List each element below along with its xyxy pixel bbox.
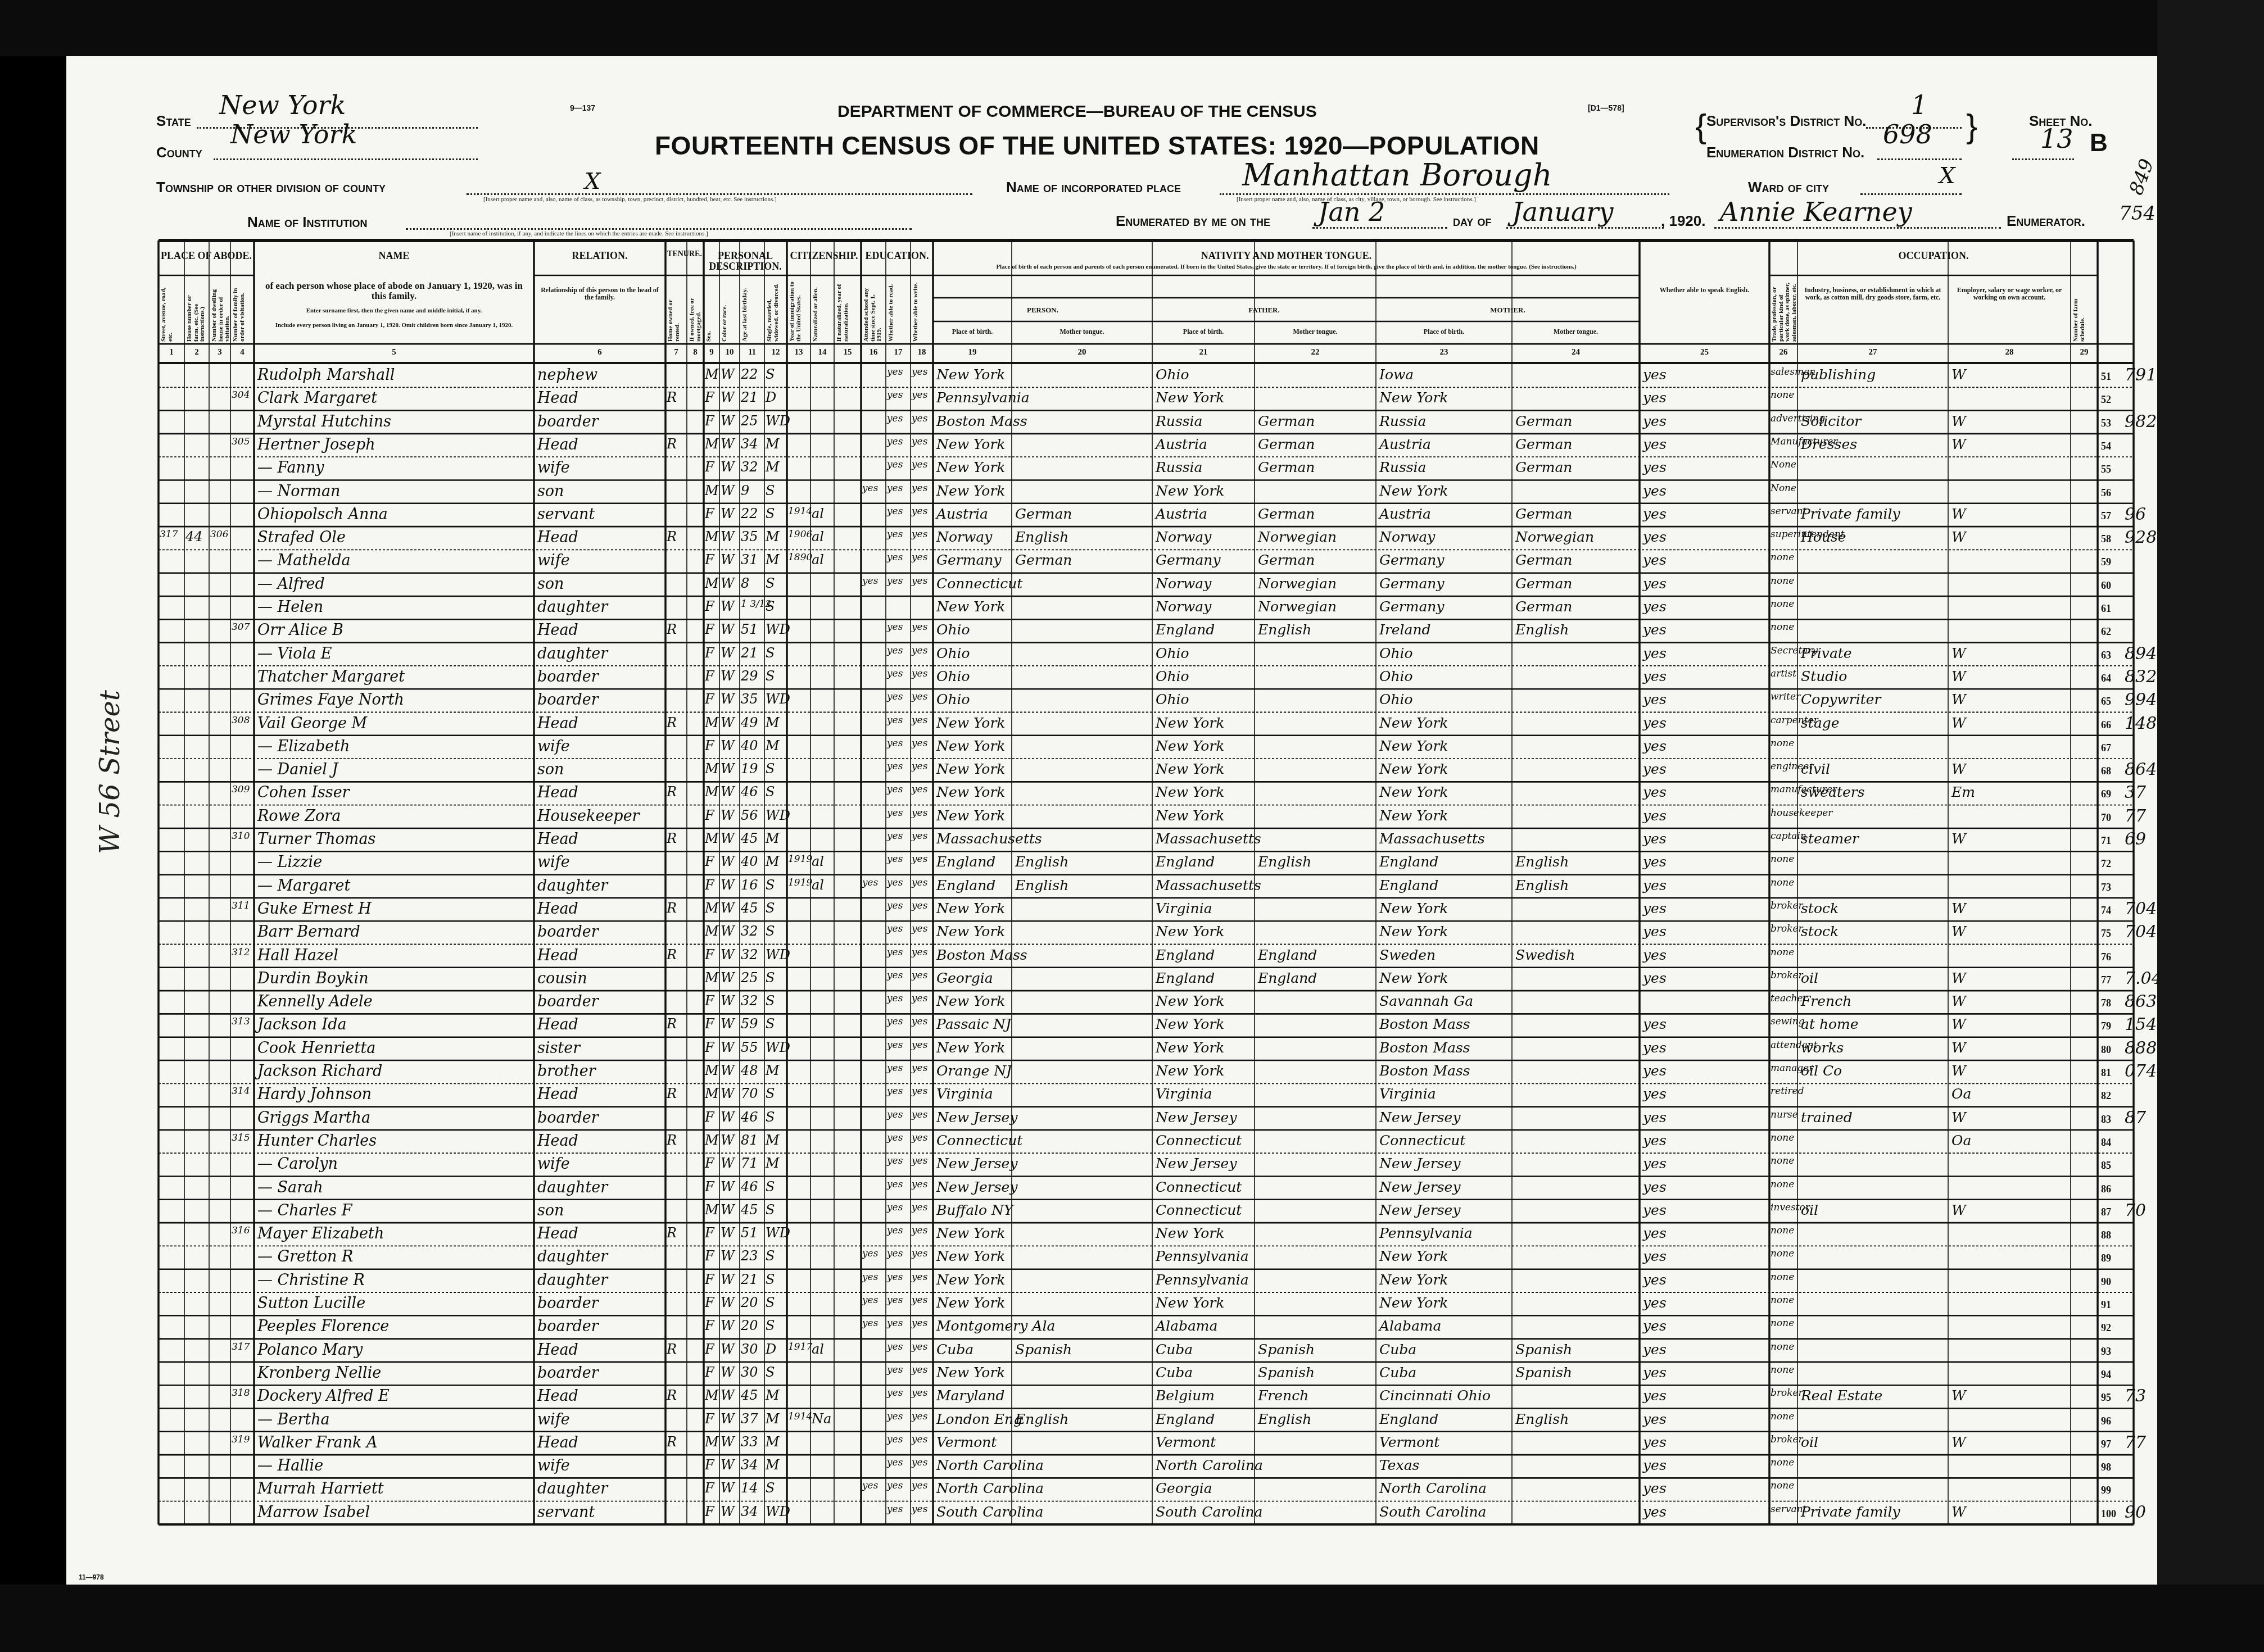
cell-race[interactable]: W bbox=[721, 391, 735, 404]
cell-write[interactable]: yes bbox=[912, 994, 927, 1004]
cell-fam[interactable]: 311 bbox=[232, 901, 250, 911]
cell-occ[interactable]: none bbox=[1771, 391, 1794, 400]
cell-eng[interactable]: yes bbox=[1643, 1365, 1667, 1379]
cell-pob[interactable]: Passaic NJ bbox=[936, 1017, 1011, 1031]
cell-fpob[interactable]: New York bbox=[1156, 785, 1225, 799]
cell-mpob[interactable]: Russia bbox=[1379, 414, 1426, 428]
cell-mpob[interactable]: Cuba bbox=[1379, 1365, 1416, 1379]
cell-occ[interactable]: none bbox=[1771, 1249, 1794, 1259]
cell-ms[interactable]: S bbox=[766, 1180, 775, 1193]
cell-fpob[interactable]: Belgium bbox=[1156, 1388, 1215, 1403]
cell-mt[interactable]: German bbox=[1015, 507, 1072, 521]
cell-pob[interactable]: Connecticut bbox=[936, 577, 1022, 591]
cell-sex[interactable]: F bbox=[705, 1505, 714, 1518]
cell-write[interactable]: yes bbox=[912, 832, 927, 841]
cell-read[interactable]: yes bbox=[887, 530, 903, 539]
cell-name[interactable]: — Mathelda bbox=[257, 553, 351, 568]
cell-fpob[interactable]: Connecticut bbox=[1156, 1133, 1242, 1147]
cell-fpob[interactable]: New York bbox=[1156, 1017, 1225, 1031]
cell-race[interactable]: W bbox=[721, 1458, 735, 1472]
cell-ind[interactable]: Studio bbox=[1801, 669, 1847, 683]
cell-age[interactable]: 29 bbox=[741, 669, 758, 683]
cell-read[interactable]: yes bbox=[887, 809, 903, 818]
cell-pob[interactable]: Ohio bbox=[936, 692, 970, 706]
cell-rel[interactable]: Head bbox=[537, 832, 578, 847]
cell-fam[interactable]: 308 bbox=[232, 716, 250, 725]
cell-mpob[interactable]: Austria bbox=[1379, 507, 1431, 521]
cell-ind[interactable]: oil Co bbox=[1801, 1064, 1842, 1078]
cell-read[interactable]: yes bbox=[887, 414, 903, 424]
cell-read[interactable]: yes bbox=[887, 1087, 903, 1096]
cell-mpob[interactable]: Ireland bbox=[1379, 623, 1431, 637]
cell-ind[interactable]: Dresses bbox=[1801, 437, 1857, 451]
cell-imm[interactable]: 1917 bbox=[788, 1342, 812, 1352]
cell-pob[interactable]: New York bbox=[936, 809, 1006, 823]
cell-eng[interactable]: yes bbox=[1643, 948, 1667, 962]
cell-fmt[interactable]: Norwegian bbox=[1258, 577, 1337, 591]
cell-fpob[interactable]: New York bbox=[1156, 762, 1225, 776]
cell-age[interactable]: 45 bbox=[741, 832, 758, 845]
cell-race[interactable]: W bbox=[721, 669, 735, 683]
cell-pob[interactable]: Maryland bbox=[936, 1388, 1005, 1403]
cell-ms[interactable]: M bbox=[766, 553, 780, 566]
cell-occ[interactable]: none bbox=[1771, 878, 1794, 888]
cell-sex[interactable]: M bbox=[705, 1388, 719, 1402]
cell-cls[interactable]: W bbox=[1951, 1505, 1966, 1519]
cell-ind[interactable]: trained bbox=[1801, 1110, 1853, 1124]
cell-fpob[interactable]: Alabama bbox=[1156, 1319, 1217, 1333]
cell-ms[interactable]: S bbox=[766, 507, 775, 520]
cell-race[interactable]: W bbox=[721, 785, 735, 798]
cell-rel[interactable]: daughter bbox=[537, 646, 608, 661]
cell-eng[interactable]: yes bbox=[1643, 785, 1667, 799]
cell-sch[interactable]: yes bbox=[862, 1273, 878, 1282]
cell-name[interactable]: Hardy Johnson bbox=[257, 1087, 372, 1102]
cell-rel[interactable]: Head bbox=[537, 785, 578, 800]
cell-ind[interactable]: sweaters bbox=[1801, 785, 1865, 799]
cell-fmt[interactable]: Norwegian bbox=[1258, 600, 1337, 614]
cell-mpob[interactable]: England bbox=[1379, 855, 1438, 869]
cell-own[interactable]: R bbox=[667, 948, 677, 961]
cell-ms[interactable]: S bbox=[766, 1249, 775, 1263]
cell-read[interactable]: yes bbox=[887, 1319, 903, 1328]
cell-occ[interactable]: none bbox=[1771, 1296, 1794, 1305]
cell-cls[interactable]: Oa bbox=[1951, 1133, 1971, 1147]
cell-occ[interactable]: none bbox=[1771, 1481, 1794, 1491]
cell-fpob[interactable]: New York bbox=[1156, 809, 1225, 823]
cell-age[interactable]: 8 bbox=[741, 577, 749, 590]
cell-age[interactable]: 16 bbox=[741, 878, 758, 892]
cell-pob[interactable]: New York bbox=[936, 1296, 1006, 1310]
cell-fam[interactable]: 310 bbox=[232, 832, 250, 841]
cell-read[interactable]: yes bbox=[887, 507, 903, 516]
cell-age[interactable]: 21 bbox=[741, 1273, 758, 1286]
cell-mpob[interactable]: New York bbox=[1379, 785, 1448, 799]
cell-rel[interactable]: Head bbox=[537, 1435, 578, 1450]
cell-age[interactable]: 31 bbox=[741, 553, 758, 566]
cell-eng[interactable]: yes bbox=[1643, 391, 1667, 405]
cell-mpob[interactable]: Cuba bbox=[1379, 1342, 1416, 1356]
cell-occ[interactable]: none bbox=[1771, 1226, 1794, 1236]
cell-pob[interactable]: Vermont bbox=[936, 1435, 997, 1449]
cell-fam[interactable]: 309 bbox=[232, 785, 250, 795]
cell-rel[interactable]: Head bbox=[537, 1342, 578, 1358]
cell-read[interactable]: yes bbox=[887, 762, 903, 771]
cell-age[interactable]: 56 bbox=[741, 809, 758, 822]
cell-write[interactable]: yes bbox=[912, 1435, 927, 1445]
cell-write[interactable]: yes bbox=[912, 1319, 927, 1328]
cell-read[interactable]: yes bbox=[887, 1041, 903, 1050]
cell-ms[interactable]: D bbox=[766, 1342, 776, 1356]
cell-age[interactable]: 55 bbox=[741, 1041, 758, 1054]
cell-age[interactable]: 46 bbox=[741, 785, 758, 798]
cell-rel[interactable]: brother bbox=[537, 1064, 596, 1079]
cell-sex[interactable]: M bbox=[705, 437, 719, 451]
cell-cls[interactable]: W bbox=[1951, 530, 1966, 544]
cell-mmt[interactable]: Norwegian bbox=[1515, 530, 1594, 544]
cell-eng[interactable]: yes bbox=[1643, 762, 1667, 776]
cell-race[interactable]: W bbox=[721, 1087, 735, 1100]
cell-rel[interactable]: boarder bbox=[537, 414, 599, 429]
cell-own[interactable]: R bbox=[667, 785, 677, 798]
cell-eng[interactable]: yes bbox=[1643, 692, 1667, 706]
cell-age[interactable]: 25 bbox=[741, 971, 758, 984]
cell-ms[interactable]: S bbox=[766, 669, 775, 683]
cell-write[interactable]: yes bbox=[912, 646, 927, 656]
cell-fpob[interactable]: Massachusetts bbox=[1156, 878, 1261, 892]
cell-cls[interactable]: Oa bbox=[1951, 1087, 1971, 1101]
cell-fpob[interactable]: New York bbox=[1156, 1226, 1225, 1240]
cell-ms[interactable]: S bbox=[766, 577, 775, 590]
cell-fpob[interactable]: Ohio bbox=[1156, 692, 1189, 706]
cell-age[interactable]: 20 bbox=[741, 1296, 758, 1309]
cell-sex[interactable]: M bbox=[705, 1203, 719, 1217]
cell-fam[interactable]: 319 bbox=[232, 1435, 250, 1445]
cell-fam[interactable]: 307 bbox=[232, 623, 250, 632]
cell-own[interactable]: R bbox=[667, 437, 677, 451]
cell-cls[interactable]: W bbox=[1951, 414, 1966, 428]
cell-fmt[interactable]: German bbox=[1258, 507, 1315, 521]
cell-ms[interactable]: S bbox=[766, 1017, 775, 1031]
cell-rel[interactable]: boarder bbox=[537, 669, 599, 684]
cell-ms[interactable]: S bbox=[766, 1087, 775, 1100]
cell-mpob[interactable]: Ohio bbox=[1379, 692, 1413, 706]
cell-pob[interactable]: New York bbox=[936, 460, 1006, 474]
cell-age[interactable]: 20 bbox=[741, 1319, 758, 1332]
cell-sex[interactable]: F bbox=[705, 1041, 714, 1054]
cell-eng[interactable]: yes bbox=[1643, 553, 1667, 567]
cell-read[interactable]: yes bbox=[887, 948, 903, 957]
cell-name[interactable]: — Hallie bbox=[257, 1458, 323, 1473]
cell-fpob[interactable]: Germany bbox=[1156, 553, 1221, 567]
cell-write[interactable]: yes bbox=[912, 1296, 927, 1305]
cell-read[interactable]: yes bbox=[887, 1505, 903, 1514]
cell-ms[interactable]: WD bbox=[766, 809, 790, 822]
cell-ms[interactable]: M bbox=[766, 437, 780, 451]
cell-rel[interactable]: boarder bbox=[537, 1319, 599, 1334]
cell-write[interactable]: yes bbox=[912, 809, 927, 818]
cell-pob[interactable]: New York bbox=[936, 1273, 1006, 1287]
cell-fpob[interactable]: New Jersey bbox=[1156, 1156, 1237, 1170]
cell-fmt[interactable]: England bbox=[1258, 971, 1317, 985]
cell-write[interactable]: yes bbox=[912, 971, 927, 981]
cell-ms[interactable]: M bbox=[766, 530, 780, 543]
cell-sex[interactable]: F bbox=[705, 507, 714, 520]
cell-race[interactable]: W bbox=[721, 855, 735, 868]
cell-pob[interactable]: Massachusetts bbox=[936, 832, 1042, 846]
cell-write[interactable]: yes bbox=[912, 414, 927, 424]
cell-age[interactable]: 40 bbox=[741, 739, 758, 752]
cell-name[interactable]: Turner Thomas bbox=[257, 832, 375, 847]
cell-mpob[interactable]: Vermont bbox=[1379, 1435, 1439, 1449]
cell-fpob[interactable]: New York bbox=[1156, 1064, 1225, 1078]
cell-race[interactable]: W bbox=[721, 646, 735, 660]
cell-ms[interactable]: M bbox=[766, 1388, 780, 1402]
cell-age[interactable]: 49 bbox=[741, 716, 758, 729]
cell-sex[interactable]: M bbox=[705, 1133, 719, 1147]
cell-sch[interactable]: yes bbox=[862, 1319, 878, 1328]
cell-ms[interactable]: S bbox=[766, 367, 775, 381]
cell-eng[interactable]: yes bbox=[1643, 1226, 1667, 1240]
cell-read[interactable]: yes bbox=[887, 1342, 903, 1352]
cell-ms[interactable]: WD bbox=[766, 414, 790, 428]
cell-ms[interactable]: S bbox=[766, 1203, 775, 1217]
cell-age[interactable]: 34 bbox=[741, 1458, 758, 1472]
cell-read[interactable]: yes bbox=[887, 1365, 903, 1375]
cell-eng[interactable]: yes bbox=[1643, 739, 1667, 753]
cell-fpob[interactable]: Virginia bbox=[1156, 1087, 1212, 1101]
cell-rel[interactable]: Head bbox=[537, 716, 578, 731]
cell-name[interactable]: Kronberg Nellie bbox=[257, 1365, 381, 1381]
cell-sex[interactable]: F bbox=[705, 1319, 714, 1332]
cell-name[interactable]: — Bertha bbox=[257, 1412, 330, 1427]
cell-mmt[interactable]: German bbox=[1515, 460, 1572, 474]
cell-pob[interactable]: New York bbox=[936, 785, 1006, 799]
cell-age[interactable]: 32 bbox=[741, 948, 758, 961]
cell-pob[interactable]: New York bbox=[936, 739, 1006, 753]
cell-read[interactable]: yes bbox=[887, 739, 903, 748]
cell-sch[interactable]: yes bbox=[862, 1296, 878, 1305]
cell-name[interactable]: Jackson Ida bbox=[257, 1017, 347, 1032]
cell-fpob[interactable]: England bbox=[1156, 948, 1215, 962]
cell-ms[interactable]: M bbox=[766, 716, 780, 729]
cell-write[interactable]: yes bbox=[912, 785, 927, 795]
cell-race[interactable]: W bbox=[721, 1064, 735, 1077]
cell-ind[interactable]: oil bbox=[1801, 1435, 1818, 1449]
cell-mmt[interactable]: German bbox=[1515, 577, 1572, 591]
cell-occ[interactable]: writer bbox=[1771, 692, 1800, 702]
cell-occ[interactable]: broker bbox=[1771, 1435, 1803, 1445]
cell-occ[interactable]: sewing bbox=[1771, 1017, 1805, 1027]
cell-sex[interactable]: M bbox=[705, 530, 719, 543]
cell-fpob[interactable]: Cuba bbox=[1156, 1342, 1193, 1356]
cell-eng[interactable]: yes bbox=[1643, 623, 1667, 637]
cell-eng[interactable]: yes bbox=[1643, 669, 1667, 683]
cell-name[interactable]: Murrah Harriett bbox=[257, 1481, 384, 1496]
cell-age[interactable]: 45 bbox=[741, 1388, 758, 1402]
cell-occ[interactable]: none bbox=[1771, 1412, 1794, 1422]
cell-mpob[interactable]: New York bbox=[1379, 1249, 1448, 1263]
cell-sex[interactable]: M bbox=[705, 924, 719, 938]
cell-own[interactable]: R bbox=[667, 1435, 677, 1449]
cell-rel[interactable]: son bbox=[537, 577, 564, 592]
cell-rel[interactable]: boarder bbox=[537, 1110, 599, 1125]
cell-pob[interactable]: Buffalo NY bbox=[936, 1203, 1013, 1217]
cell-write[interactable]: yes bbox=[912, 924, 927, 934]
cell-read[interactable]: yes bbox=[887, 1435, 903, 1445]
cell-name[interactable]: Dockery Alfred E bbox=[257, 1388, 390, 1404]
cell-read[interactable]: yes bbox=[887, 1226, 903, 1236]
cell-imm[interactable]: 1919 bbox=[788, 878, 812, 888]
cell-race[interactable]: W bbox=[721, 600, 735, 613]
cell-sex[interactable]: F bbox=[705, 878, 714, 892]
cell-ind[interactable]: Private bbox=[1801, 646, 1852, 660]
cell-rel[interactable]: Head bbox=[537, 391, 578, 406]
cell-age[interactable]: 46 bbox=[741, 1110, 758, 1124]
cell-eng[interactable]: yes bbox=[1643, 901, 1667, 915]
cell-ms[interactable]: WD bbox=[766, 1041, 790, 1054]
cell-sex[interactable]: M bbox=[705, 716, 719, 729]
cell-own[interactable]: R bbox=[667, 1388, 677, 1402]
cell-ms[interactable]: S bbox=[766, 1365, 775, 1379]
cell-mpob[interactable]: Connecticut bbox=[1379, 1133, 1465, 1147]
cell-eng[interactable]: yes bbox=[1643, 832, 1667, 846]
cell-eng[interactable]: yes bbox=[1643, 1435, 1667, 1449]
cell-mpob[interactable]: New York bbox=[1379, 1273, 1448, 1287]
cell-sex[interactable]: M bbox=[705, 785, 719, 798]
cell-fpob[interactable]: Connecticut bbox=[1156, 1180, 1242, 1194]
cell-sch[interactable]: yes bbox=[862, 1481, 878, 1491]
cell-cls[interactable]: W bbox=[1951, 1203, 1966, 1217]
cell-fmt[interactable]: Norwegian bbox=[1258, 530, 1337, 544]
cell-pob[interactable]: Germany bbox=[936, 553, 1002, 567]
cell-occ[interactable]: None bbox=[1771, 460, 1796, 470]
cell-write[interactable]: yes bbox=[912, 1273, 927, 1282]
cell-fmt[interactable]: French bbox=[1258, 1388, 1308, 1403]
cell-ms[interactable]: S bbox=[766, 646, 775, 660]
cell-write[interactable]: yes bbox=[912, 716, 927, 725]
cell-name[interactable]: Guke Ernest H bbox=[257, 901, 372, 916]
cell-write[interactable]: yes bbox=[912, 577, 927, 586]
cell-own[interactable]: R bbox=[667, 391, 677, 404]
cell-write[interactable]: yes bbox=[912, 1481, 927, 1491]
cell-mpob[interactable]: Pennsylvania bbox=[1379, 1226, 1473, 1240]
cell-name[interactable]: Grimes Faye North bbox=[257, 692, 404, 707]
cell-rel[interactable]: Head bbox=[537, 1087, 578, 1102]
cell-ms[interactable]: M bbox=[766, 855, 780, 868]
cell-cls[interactable]: Em bbox=[1951, 785, 1975, 799]
cell-race[interactable]: W bbox=[721, 762, 735, 775]
cell-name[interactable]: — Charles F bbox=[257, 1203, 352, 1218]
cell-ind[interactable]: Solicitor bbox=[1801, 414, 1861, 428]
cell-fpob[interactable]: Connecticut bbox=[1156, 1203, 1242, 1217]
cell-age[interactable]: 21 bbox=[741, 391, 758, 404]
cell-race[interactable]: W bbox=[721, 484, 735, 497]
cell-fpob[interactable]: Georgia bbox=[1156, 1481, 1212, 1495]
cell-sex[interactable]: F bbox=[705, 739, 714, 752]
cell-fam[interactable]: 315 bbox=[232, 1133, 250, 1143]
cell-write[interactable]: yes bbox=[912, 1388, 927, 1398]
cell-race[interactable]: W bbox=[721, 460, 735, 474]
cell-race[interactable]: W bbox=[721, 878, 735, 892]
cell-age[interactable]: 21 bbox=[741, 646, 758, 660]
cell-own[interactable]: R bbox=[667, 832, 677, 845]
cell-read[interactable]: yes bbox=[887, 391, 903, 400]
cell-ind[interactable]: French bbox=[1801, 994, 1851, 1008]
cell-nat[interactable]: al bbox=[812, 553, 824, 566]
cell-eng[interactable]: yes bbox=[1643, 1505, 1667, 1519]
cell-sex[interactable]: F bbox=[705, 692, 714, 706]
cell-mpob[interactable]: North Carolina bbox=[1379, 1481, 1487, 1495]
cell-mpob[interactable]: New Jersey bbox=[1379, 1180, 1461, 1194]
cell-mpob[interactable]: Austria bbox=[1379, 437, 1431, 451]
cell-cls[interactable]: W bbox=[1951, 901, 1966, 915]
cell-sex[interactable]: F bbox=[705, 855, 714, 868]
cell-ms[interactable]: M bbox=[766, 1133, 780, 1147]
cell-ms[interactable]: S bbox=[766, 971, 775, 984]
cell-rel[interactable]: wife bbox=[537, 460, 570, 475]
cell-mpob[interactable]: Ohio bbox=[1379, 669, 1413, 683]
cell-sex[interactable]: F bbox=[705, 669, 714, 683]
cell-sex[interactable]: F bbox=[705, 1273, 714, 1286]
cell-rel[interactable]: Housekeeper bbox=[537, 809, 640, 824]
cell-ind[interactable]: Private family bbox=[1801, 1505, 1900, 1519]
cell-eng[interactable]: yes bbox=[1643, 507, 1667, 521]
cell-eng[interactable]: yes bbox=[1643, 1203, 1667, 1217]
cell-rel[interactable]: cousin bbox=[537, 971, 587, 986]
cell-fpob[interactable]: New York bbox=[1156, 1296, 1225, 1310]
cell-fmt[interactable]: German bbox=[1258, 437, 1315, 451]
cell-write[interactable]: yes bbox=[912, 901, 927, 911]
cell-occ[interactable]: none bbox=[1771, 1180, 1794, 1190]
cell-fam[interactable]: 316 bbox=[232, 1226, 250, 1236]
cell-fmt[interactable]: English bbox=[1258, 1412, 1311, 1426]
cell-cls[interactable]: W bbox=[1951, 1064, 1966, 1078]
cell-write[interactable]: yes bbox=[912, 1156, 927, 1166]
cell-ind[interactable]: publishing bbox=[1801, 367, 1876, 382]
cell-nat[interactable]: al bbox=[812, 855, 824, 868]
cell-occ[interactable]: broker bbox=[1771, 924, 1803, 934]
cell-name[interactable]: — Fanny bbox=[257, 460, 324, 475]
cell-mpob[interactable]: New York bbox=[1379, 484, 1448, 498]
cell-occ[interactable]: nurse bbox=[1771, 1110, 1798, 1120]
cell-sex[interactable]: F bbox=[705, 1226, 714, 1240]
cell-rel[interactable]: son bbox=[537, 762, 564, 777]
cell-sex[interactable]: F bbox=[705, 1412, 714, 1426]
cell-mpob[interactable]: Boston Mass bbox=[1379, 1064, 1470, 1078]
cell-ms[interactable]: WD bbox=[766, 692, 790, 706]
cell-fam[interactable]: 318 bbox=[232, 1388, 250, 1398]
cell-mpob[interactable]: Boston Mass bbox=[1379, 1017, 1470, 1031]
cell-rel[interactable]: Head bbox=[537, 1226, 578, 1241]
cell-occ[interactable]: none bbox=[1771, 1319, 1794, 1328]
cell-mpob[interactable]: New Jersey bbox=[1379, 1156, 1461, 1170]
cell-age[interactable]: 51 bbox=[741, 623, 758, 636]
cell-name[interactable]: — Daniel J bbox=[257, 762, 338, 777]
cell-eng[interactable]: yes bbox=[1643, 1064, 1667, 1078]
cell-ms[interactable]: S bbox=[766, 924, 775, 938]
cell-eng[interactable]: yes bbox=[1643, 437, 1667, 451]
cell-read[interactable]: yes bbox=[887, 785, 903, 795]
cell-read[interactable]: yes bbox=[887, 692, 903, 702]
cell-fpob[interactable]: New York bbox=[1156, 994, 1225, 1008]
cell-fam[interactable]: 313 bbox=[232, 1017, 250, 1027]
cell-pob[interactable]: New York bbox=[936, 762, 1006, 776]
cell-rel[interactable]: nephew bbox=[537, 367, 597, 383]
cell-name[interactable]: Polanco Mary bbox=[257, 1342, 363, 1358]
cell-fpob[interactable]: Ohio bbox=[1156, 669, 1189, 683]
cell-mmt[interactable]: German bbox=[1515, 600, 1572, 614]
